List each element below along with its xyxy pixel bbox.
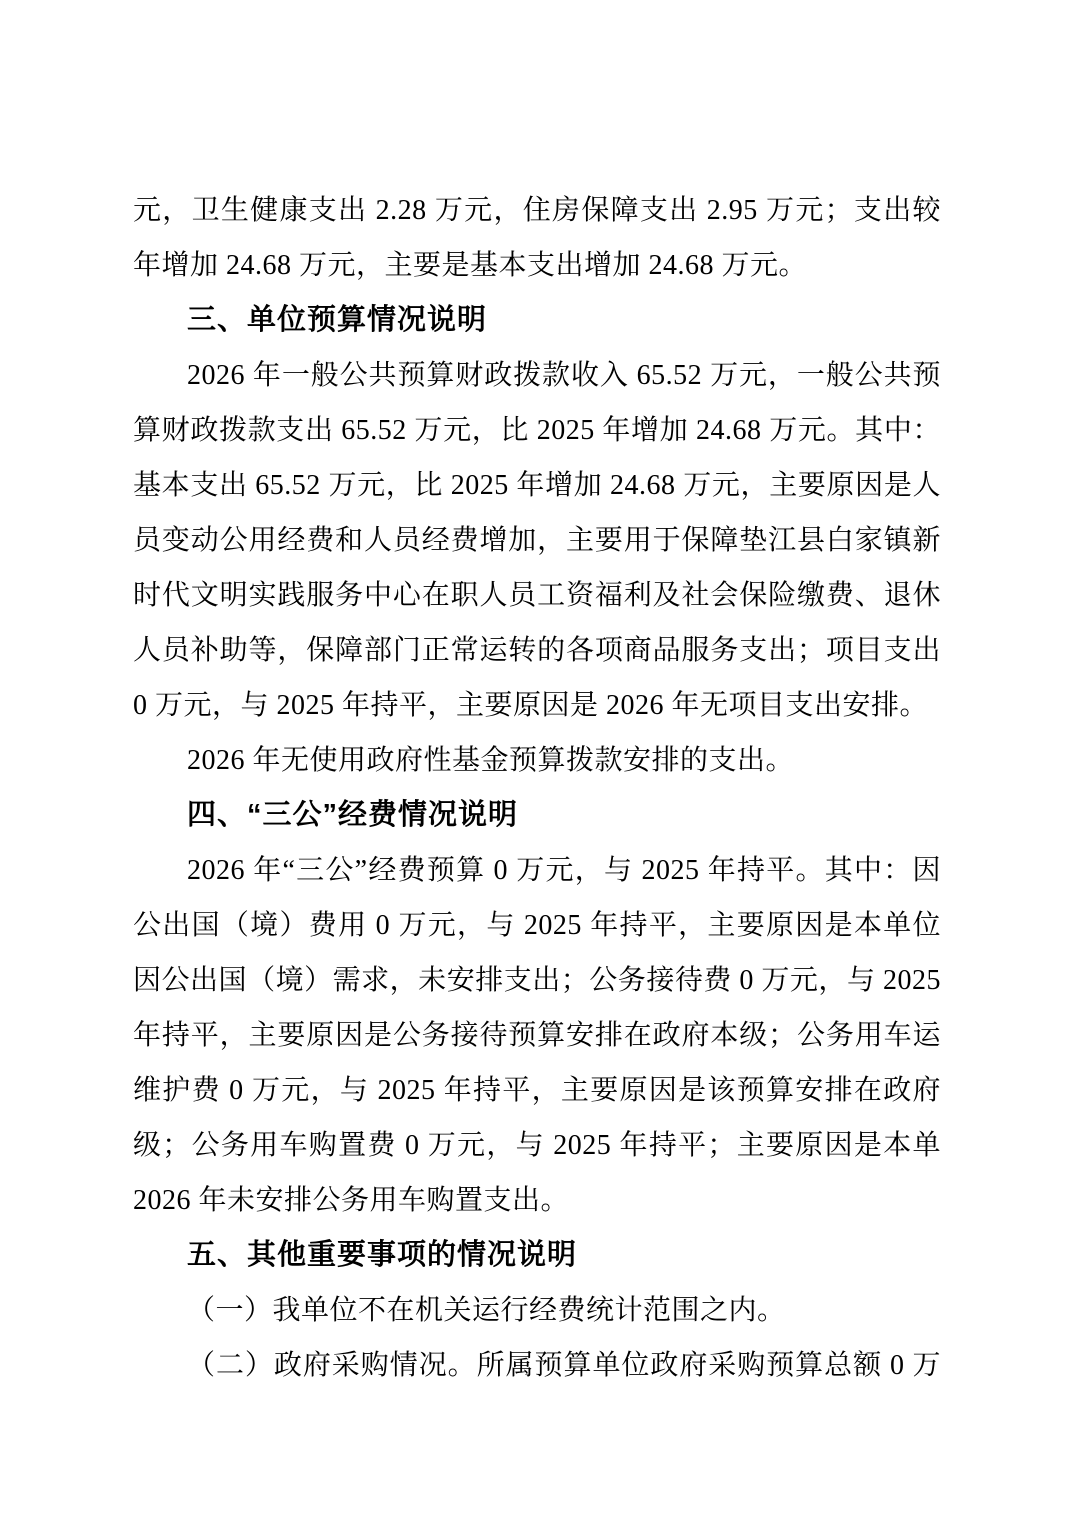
- body-line: （二）政府采购情况。所属预算单位政府采购预算总额 0 万: [133, 1338, 941, 1393]
- body-line: 算财政拨款支出 65.52 万元，比 2025 年增加 24.68 万元。其中：: [133, 403, 941, 458]
- body-line: 0 万元，与 2025 年持平，主要原因是 2026 年无项目支出安排。: [133, 678, 941, 733]
- document-text-body: 元，卫生健康支出 2.28 万元，住房保障支出 2.95 万元；支出较去 年增加…: [133, 183, 941, 1393]
- body-line: 员变动公用经费和人员经费增加，主要用于保障垫江县白家镇新: [133, 513, 941, 568]
- body-line: 因公出国（境）需求，未安排支出；公务接待费 0 万元，与 2025: [133, 953, 941, 1008]
- document-page: 元，卫生健康支出 2.28 万元，住房保障支出 2.95 万元；支出较去 年增加…: [0, 0, 1074, 1520]
- body-line: 公出国（境）费用 0 万元，与 2025 年持平，主要原因是本单位无: [133, 898, 941, 953]
- body-line: 时代文明实践服务中心在职人员工资福利及社会保险缴费、退休: [133, 568, 941, 623]
- body-line: 维护费 0 万元，与 2025 年持平，主要原因是该预算安排在政府本: [133, 1063, 941, 1118]
- body-line: 年增加 24.68 万元，主要是基本支出增加 24.68 万元。: [133, 238, 941, 293]
- body-line: 人员补助等，保障部门正常运转的各项商品服务支出；项目支出: [133, 623, 941, 678]
- body-line: 基本支出 65.52 万元，比 2025 年增加 24.68 万元，主要原因是人: [133, 458, 941, 513]
- heading-section-4: 四、“三公”经费情况说明: [133, 788, 941, 843]
- body-line: 2026 年一般公共预算财政拨款收入 65.52 万元，一般公共预: [133, 348, 941, 403]
- body-line: 2026 年未安排公务用车购置支出。: [133, 1173, 941, 1228]
- body-line: 级；公务用车购置费 0 万元，与 2025 年持平；主要原因是本单位: [133, 1118, 941, 1173]
- body-line: 2026 年无使用政府性基金预算拨款安排的支出。: [133, 733, 941, 788]
- heading-section-5: 五、其他重要事项的情况说明: [133, 1228, 941, 1283]
- heading-section-3: 三、单位预算情况说明: [133, 293, 941, 348]
- body-line: 元，卫生健康支出 2.28 万元，住房保障支出 2.95 万元；支出较去: [133, 183, 941, 238]
- body-line: 年持平，主要原因是公务接待预算安排在政府本级；公务用车运行: [133, 1008, 941, 1063]
- body-line: （一）我单位不在机关运行经费统计范围之内。: [133, 1283, 941, 1338]
- body-line: 2026 年“三公”经费预算 0 万元，与 2025 年持平。其中：因: [133, 843, 941, 898]
